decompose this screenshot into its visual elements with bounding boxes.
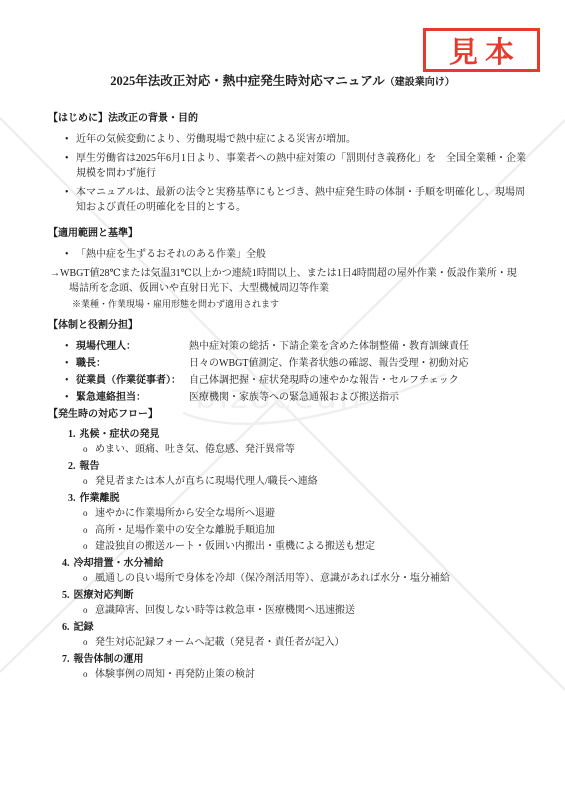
- scope-footnote: ※業種・作業現場・雇用形態を問わず適用されます: [72, 298, 526, 312]
- section-roles: 【体制と役割分担】 現場代理人： 熱中症対策の総括・下請企業を含めた体制整備・教…: [48, 318, 526, 405]
- role-desc: 自己体調把握・症状発現時の速やかな報告・セルフチェック: [189, 373, 526, 388]
- flow-step-subs: 発見者または本人が直ちに現場代理人/職長へ連絡: [95, 475, 526, 490]
- flow-step-number: 3.: [68, 493, 76, 504]
- section-flow-heading: 【発生時の対応フロー】: [48, 407, 526, 422]
- list-item: 発生対応記録フォームへ記載（発見者・責任者が記入）: [95, 636, 526, 651]
- role-item: 職長： 日々のWBGT値測定、作業者状態の確認、報告受理・初動対応: [65, 356, 526, 371]
- flow-step-subs: 発生対応記録フォームへ記載（発見者・責任者が記入）: [95, 636, 526, 651]
- section-scope: 【適用範囲と基準】 「熱中症を生ずるおそれのある作業」全般 →WBGT値28℃ま…: [48, 226, 526, 312]
- list-item: 厚生労働省は2025年6月1日より、事業者への熱中症対策の「罰則付き義務化」を …: [76, 151, 526, 181]
- role-item: 現場代理人： 熱中症対策の総括・下請企業を含めた体制整備・教育訓練責任: [65, 339, 526, 354]
- scope-bullet-list: 「熱中症を生ずるおそれのある作業」全般: [48, 247, 526, 262]
- list-item: 意識障害、回復しない時等は救急車・医療機関へ迅速搬送: [95, 604, 526, 619]
- flow-step: 4.冷却措置・水分補給 風通しの良い場所で身体を冷却（保冷剤活用等）、意識があれ…: [48, 557, 526, 587]
- list-item: 風通しの良い場所で身体を冷却（保冷剤活用等）、意識があれば水分・塩分補給: [95, 572, 526, 587]
- section-intro: 【はじめに】法改正の背景・目的 近年の気候変動により、労働現場で熱中症による災害…: [48, 111, 526, 215]
- list-item: 本マニュアルは、最新の法令と実務基準にもとづき、熱中症発生時の体制・手順を明確化…: [76, 185, 526, 215]
- flow-step-subs: 体験事例の周知・再発防止策の検討: [95, 668, 526, 683]
- flow-step-number: 2.: [68, 461, 76, 472]
- flow-step-title: 2.報告: [48, 460, 526, 475]
- flow-step-number: 1.: [68, 429, 76, 440]
- flow-step: 1.兆候・症状の発見 めまい、頭痛、吐き気、倦怠感、発汗異常等: [48, 428, 526, 458]
- sample-stamp: 見本: [423, 28, 540, 72]
- roles-list: 現場代理人： 熱中症対策の総括・下請企業を含めた体制整備・教育訓練責任 職長： …: [48, 339, 526, 405]
- section-roles-heading: 【体制と役割分担】: [48, 318, 526, 333]
- scope-arrow-note: →WBGT値28℃または気温31℃以上かつ連続1時間以上、または1日4時間超の屋…: [50, 266, 526, 296]
- flow-step-title: 7.報告体制の運用: [48, 653, 526, 668]
- role-label: 緊急連絡担当：: [76, 390, 189, 405]
- list-item: 発見者または本人が直ちに現場代理人/職長へ連絡: [95, 475, 526, 490]
- list-item: 体験事例の周知・再発防止策の検討: [95, 668, 526, 683]
- document-page: bizocean 見本 2025年法改正対応・熱中症発生時対応マニュアル（建設業…: [0, 0, 565, 800]
- section-intro-heading: 【はじめに】法改正の背景・目的: [48, 111, 526, 126]
- flow-step-title: 4.冷却措置・水分補給: [48, 557, 526, 572]
- list-item: 速やかに作業場所から安全な場所へ退避: [95, 507, 526, 522]
- role-label: 職長：: [76, 356, 189, 371]
- flow-step-number: 6.: [62, 622, 70, 633]
- list-item: 近年の気候変動により、労働現場で熱中症による災害が増加。: [76, 132, 526, 147]
- role-item: 従業員（作業従事者）： 自己体調把握・症状発現時の速やかな報告・セルフチェック: [65, 373, 526, 388]
- flow-step: 3.作業離脱 速やかに作業場所から安全な場所へ退避 高所・足場作業中の安全な離脱…: [48, 492, 526, 555]
- flow-step-title: 1.兆候・症状の発見: [48, 428, 526, 443]
- page-title-main: 2025年法改正対応・熱中症発生時対応マニュアル: [110, 74, 385, 88]
- section-flow: 【発生時の対応フロー】 1.兆候・症状の発見 めまい、頭痛、吐き気、倦怠感、発汗…: [48, 407, 526, 683]
- document-body: 【はじめに】法改正の背景・目的 近年の気候変動により、労働現場で熱中症による災害…: [48, 111, 526, 694]
- flow-step-title: 3.作業離脱: [48, 492, 526, 507]
- flow-step-subs: 意識障害、回復しない時等は救急車・医療機関へ迅速搬送: [95, 604, 526, 619]
- page-title-suffix: （建設業向け）: [385, 77, 455, 88]
- flow-step: 2.報告 発見者または本人が直ちに現場代理人/職長へ連絡: [48, 460, 526, 490]
- list-item: めまい、頭痛、吐き気、倦怠感、発汗異常等: [95, 443, 526, 458]
- page-title: 2025年法改正対応・熱中症発生時対応マニュアル（建設業向け）: [0, 71, 565, 89]
- role-desc: 医療機関・家族等への緊急通報および搬送指示: [189, 390, 526, 405]
- flow-step-title: 6.記録: [48, 621, 526, 636]
- flow-step-number: 4.: [62, 558, 70, 569]
- flow-step-subs: 速やかに作業場所から安全な場所へ退避 高所・足場作業中の安全な離脱手順追加 建設…: [95, 507, 526, 555]
- flow-step: 5.医療対応判断 意識障害、回復しない時等は救急車・医療機関へ迅速搬送: [48, 589, 526, 619]
- role-label: 従業員（作業従事者）：: [76, 373, 189, 388]
- section-scope-heading: 【適用範囲と基準】: [48, 226, 526, 241]
- flow-step-title: 5.医療対応判断: [48, 589, 526, 604]
- flow-step-subs: めまい、頭痛、吐き気、倦怠感、発汗異常等: [95, 443, 526, 458]
- flow-step-number: 5.: [62, 590, 70, 601]
- list-item: 建設独自の搬送ルート・仮囲い内搬出・重機による搬送も想定: [95, 540, 526, 555]
- role-desc: 熱中症対策の総括・下請企業を含めた体制整備・教育訓練責任: [189, 339, 526, 354]
- list-item: 高所・足場作業中の安全な離脱手順追加: [95, 524, 526, 539]
- flow-step-number: 7.: [62, 654, 70, 665]
- flow-step-subs: 風通しの良い場所で身体を冷却（保冷剤活用等）、意識があれば水分・塩分補給: [95, 572, 526, 587]
- list-item: 「熱中症を生ずるおそれのある作業」全般: [76, 247, 526, 262]
- role-item: 緊急連絡担当： 医療機関・家族等への緊急通報および搬送指示: [65, 390, 526, 405]
- flow-step-list: 1.兆候・症状の発見 めまい、頭痛、吐き気、倦怠感、発汗異常等 2.報告 発見者…: [48, 428, 526, 683]
- intro-bullet-list: 近年の気候変動により、労働現場で熱中症による災害が増加。 厚生労働省は2025年…: [48, 132, 526, 215]
- role-label: 現場代理人：: [76, 339, 189, 354]
- flow-step: 6.記録 発生対応記録フォームへ記載（発見者・責任者が記入）: [48, 621, 526, 651]
- role-desc: 日々のWBGT値測定、作業者状態の確認、報告受理・初動対応: [189, 356, 526, 371]
- flow-step: 7.報告体制の運用 体験事例の周知・再発防止策の検討: [48, 653, 526, 683]
